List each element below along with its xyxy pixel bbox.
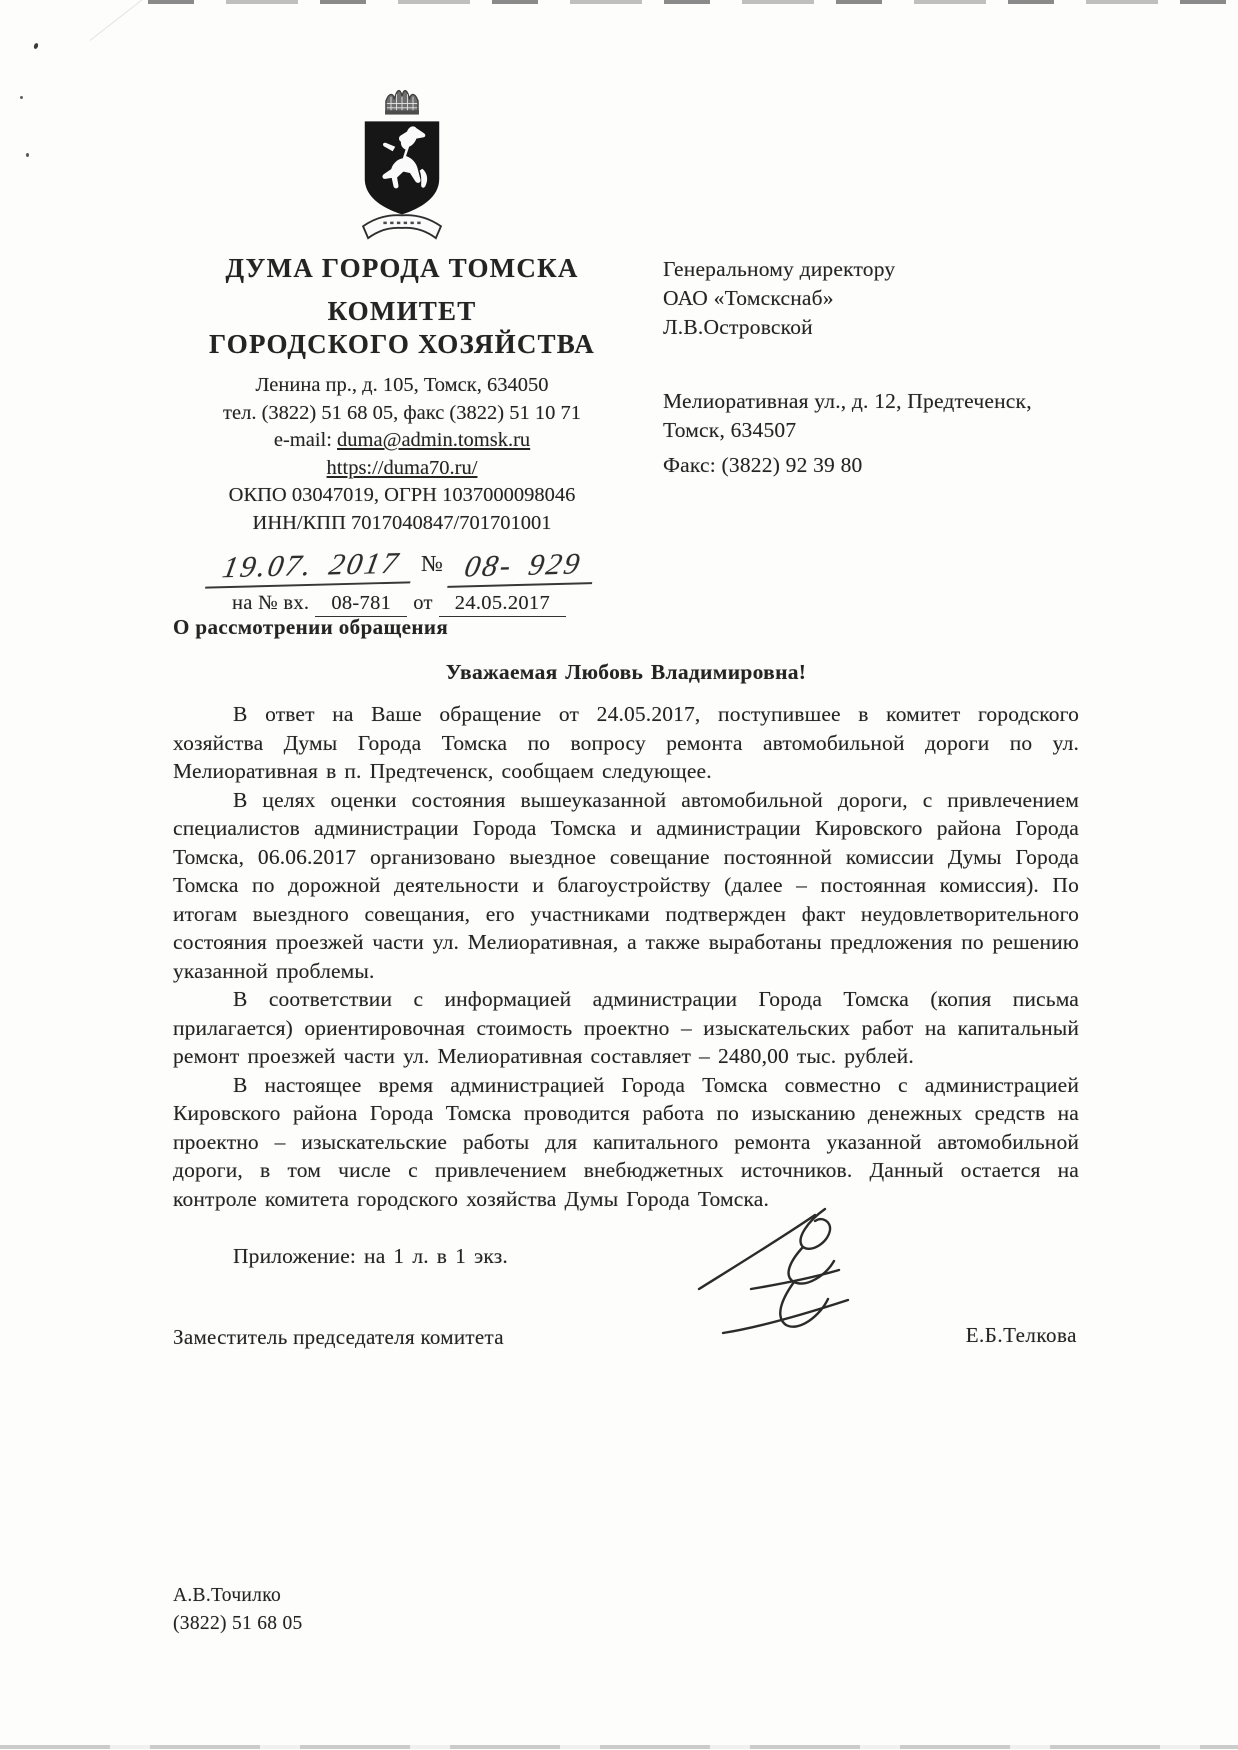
scan-speck [33, 42, 39, 49]
scan-artifact-top-line [148, 0, 1238, 4]
outgoing-number-handwritten: 08- 929 [447, 547, 599, 588]
incoming-ref-line: на № вх.08-781от24.05.2017 [152, 592, 652, 617]
body-paragraph: В целях оценки состояния вышеуказанной а… [173, 786, 1079, 986]
salutation: Уважаемая Любовь Владимировна! [173, 660, 1079, 685]
addressee-block: Генеральному директору ОАО «Томскснаб» Л… [663, 255, 1103, 480]
email-label: e-mail: [274, 429, 337, 451]
scan-speck [20, 96, 23, 99]
signer-name: Е.Б.Телкова [966, 1323, 1077, 1348]
scan-streak [90, 0, 280, 41]
addressee-street: Мелиоративная ул., д. 12, Предтеченск, [663, 387, 1103, 416]
org-postal-address: Ленина пр., д. 105, Томск, 634050 [152, 372, 652, 400]
scan-artifact-bottom-line [0, 1745, 1238, 1749]
addressee-name: Л.В.Островской [663, 313, 1103, 342]
addressee-city: Томск, 634507 [663, 416, 1103, 445]
org-phone-fax: тел. (3822) 51 68 05, факс (3822) 51 10 … [152, 400, 652, 428]
number-sign: № [413, 551, 451, 576]
ribbon-banner [363, 215, 441, 238]
org-name-line-3: ГОРОДСКОГО ХОЗЯЙСТВА [152, 329, 652, 359]
handwritten-signature [693, 1203, 873, 1353]
outgoing-date-handwritten: 19.07. 2017 [205, 546, 417, 588]
spacer [663, 342, 1103, 387]
addressee-company: ОАО «Томскснаб» [663, 284, 1103, 313]
outgoing-ref-line: 19.07. 2017№08- 929 [152, 549, 652, 591]
org-website-line: https://duma70.ru/ [152, 455, 652, 483]
signer-position: Заместитель председателя комитета [173, 1325, 504, 1350]
executor-block: А.В.Точилко (3822) 51 68 05 [173, 1582, 303, 1638]
letter-body: Уважаемая Любовь Владимировна! В ответ н… [173, 660, 1079, 1271]
incoming-from-label: от [413, 592, 433, 614]
incoming-date: 24.05.2017 [439, 592, 566, 617]
body-paragraph: В ответ на Ваше обращение от 24.05.2017,… [173, 700, 1079, 786]
tomsk-coat-of-arms-emblem [358, 84, 446, 245]
signature-block: Заместитель председателя комитета Е.Б.Те… [173, 1315, 1079, 1395]
executor-phone: (3822) 51 68 05 [173, 1610, 303, 1638]
addressee-fax: Факс: (3822) 92 39 80 [663, 451, 1103, 480]
letterhead-block: ДУМА ГОРОДА ТОМСКА КОМИТЕТ ГОРОДСКОГО ХО… [152, 84, 652, 617]
org-name-line-1: ДУМА ГОРОДА ТОМСКА [152, 253, 652, 283]
addressee-position: Генеральному директору [663, 255, 1103, 284]
subject-line: О рассмотрении обращения [173, 615, 448, 640]
scanned-letter-page: ДУМА ГОРОДА ТОМСКА КОМИТЕТ ГОРОДСКОГО ХО… [0, 0, 1238, 1750]
body-paragraph: В настоящее время администрацией Города … [173, 1071, 1079, 1214]
email-link: duma@admin.tomsk.ru [337, 429, 530, 451]
org-okpo-ogrn: ОКПО 03047019, ОГРН 1037000098046 [152, 482, 652, 510]
website-link: https://duma70.ru/ [327, 457, 478, 479]
org-name-line-2: КОМИТЕТ [152, 296, 652, 326]
org-email-line: e-mail: duma@admin.tomsk.ru [152, 427, 652, 455]
crown-icon [385, 91, 419, 115]
executor-name: А.В.Точилко [173, 1582, 303, 1610]
scan-speck [26, 153, 29, 157]
attachment-note: Приложение: на 1 л. в 1 экз. [173, 1242, 1079, 1271]
incoming-number: 08-781 [315, 592, 407, 617]
incoming-ref-label: на № вх. [232, 592, 309, 614]
body-paragraph: В соответствии с информацией администрац… [173, 985, 1079, 1071]
org-inn-kpp: ИНН/КПП 7017040847/701701001 [152, 510, 652, 538]
